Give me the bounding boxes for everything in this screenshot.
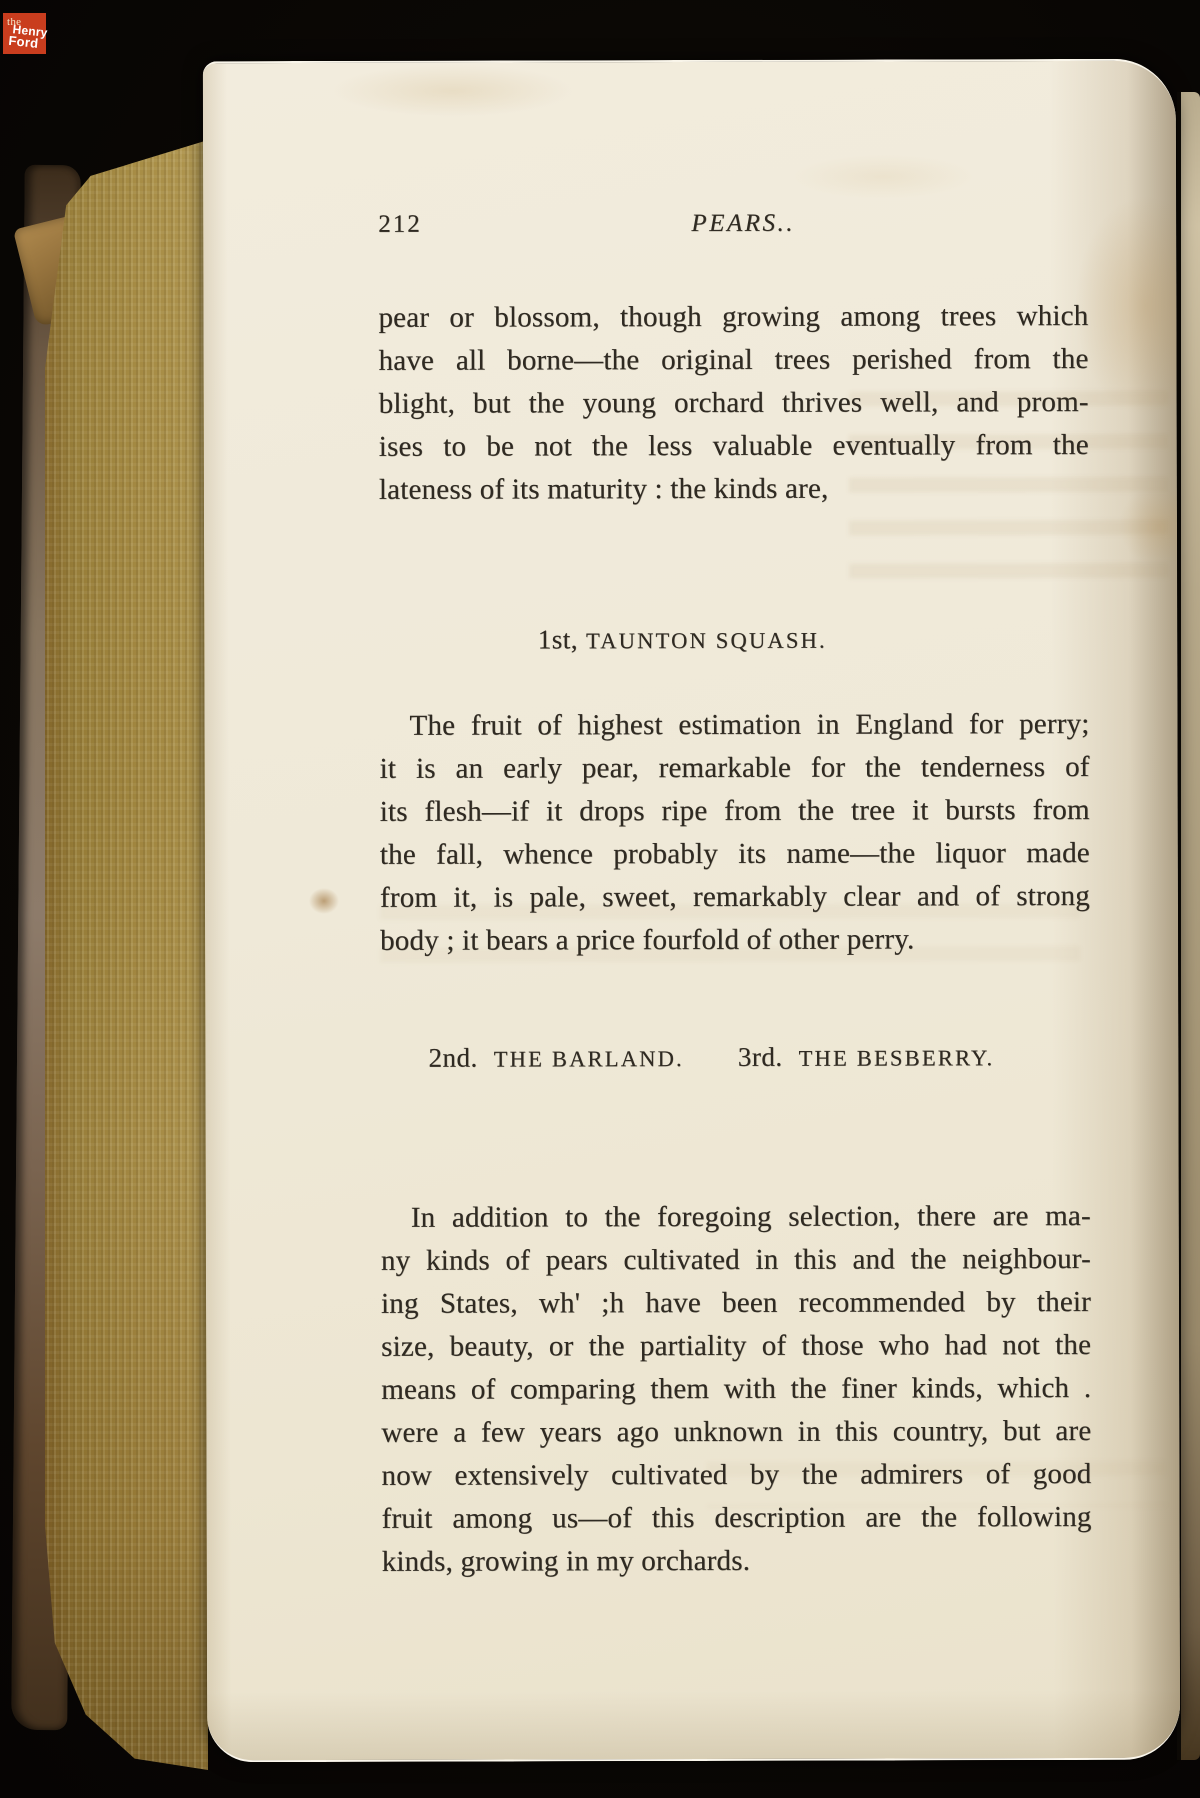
text-line: ny kinds of pears cultivated in this and… xyxy=(381,1238,1091,1283)
heading-title: TAUNTON SQUASH. xyxy=(586,628,827,654)
paragraph-1: pear or blossom, though growing among tr… xyxy=(378,295,1089,512)
running-title: PEARS.. xyxy=(378,209,1108,239)
paragraph-3: In addition to the foregoing selection, … xyxy=(381,1195,1092,1584)
text-line: ing States, wh' ;h have been recommended… xyxy=(381,1281,1091,1326)
text-line: means of comparing them with the finer k… xyxy=(381,1367,1091,1412)
page-block-fore-edge xyxy=(45,140,208,1770)
text-line: now extensively cultivated by the admire… xyxy=(381,1453,1091,1498)
text-line: from it, is pale, sweet, remarkably clea… xyxy=(380,875,1090,920)
text-line: The fruit of highest estimation in Engla… xyxy=(379,703,1089,748)
text-line: have all borne—the original trees perish… xyxy=(379,338,1089,383)
text-line: body ; it bears a price fourfold of othe… xyxy=(380,918,1090,963)
book-back-edge xyxy=(1181,92,1200,1760)
scanned-book-photo: 212 PEARS.. pear or blossom, though grow… xyxy=(0,0,1200,1798)
text-line: it is an early pear, remarkable for the … xyxy=(380,746,1090,791)
text-line: fruit among us—of this description are t… xyxy=(382,1496,1092,1541)
heading-ordinal: 3rd. xyxy=(738,1042,783,1072)
text-line: ises to be not the less valuable eventua… xyxy=(379,424,1089,469)
page-header: 212 PEARS.. xyxy=(378,209,1088,241)
text-line: pear or blossom, though growing among tr… xyxy=(378,295,1088,340)
text-line: In addition to the foregoing selection, … xyxy=(381,1195,1091,1240)
text-line: kinds, growing in my orchards. xyxy=(382,1539,1092,1584)
text-line: were a few years ago unknown in this cou… xyxy=(381,1410,1091,1455)
section-heading-taunton-squash: 1st, TAUNTON SQUASH. xyxy=(327,623,1037,656)
text-line: size, beauty, or the partiality of those… xyxy=(381,1324,1091,1369)
paragraph-2: The fruit of highest estimation in Engla… xyxy=(379,703,1090,963)
heading-title: THE BARLAND. xyxy=(494,1046,684,1071)
book-page: 212 PEARS.. pear or blossom, though grow… xyxy=(203,59,1180,1763)
heading-ordinal: 1st, xyxy=(538,624,578,654)
text-line: the fall, whence probably its name—the l… xyxy=(380,832,1090,877)
heading-ordinal: 2nd. xyxy=(428,1043,477,1073)
text-line: its flesh—if it drops ripe from the tree… xyxy=(380,789,1090,834)
henry-ford-logo: the Henry Ford xyxy=(3,13,46,54)
section-heading-barland-besberry: 2nd. THE BARLAND. 3rd. THE BESBERRY. xyxy=(356,1041,1066,1074)
logo-wordmark: Henry Ford xyxy=(11,23,48,51)
text-line: blight, but the young orchard thrives we… xyxy=(379,381,1089,426)
heading-title: THE BESBERRY. xyxy=(799,1045,995,1071)
text-line: lateness of its maturity : the kinds are… xyxy=(379,467,1089,512)
